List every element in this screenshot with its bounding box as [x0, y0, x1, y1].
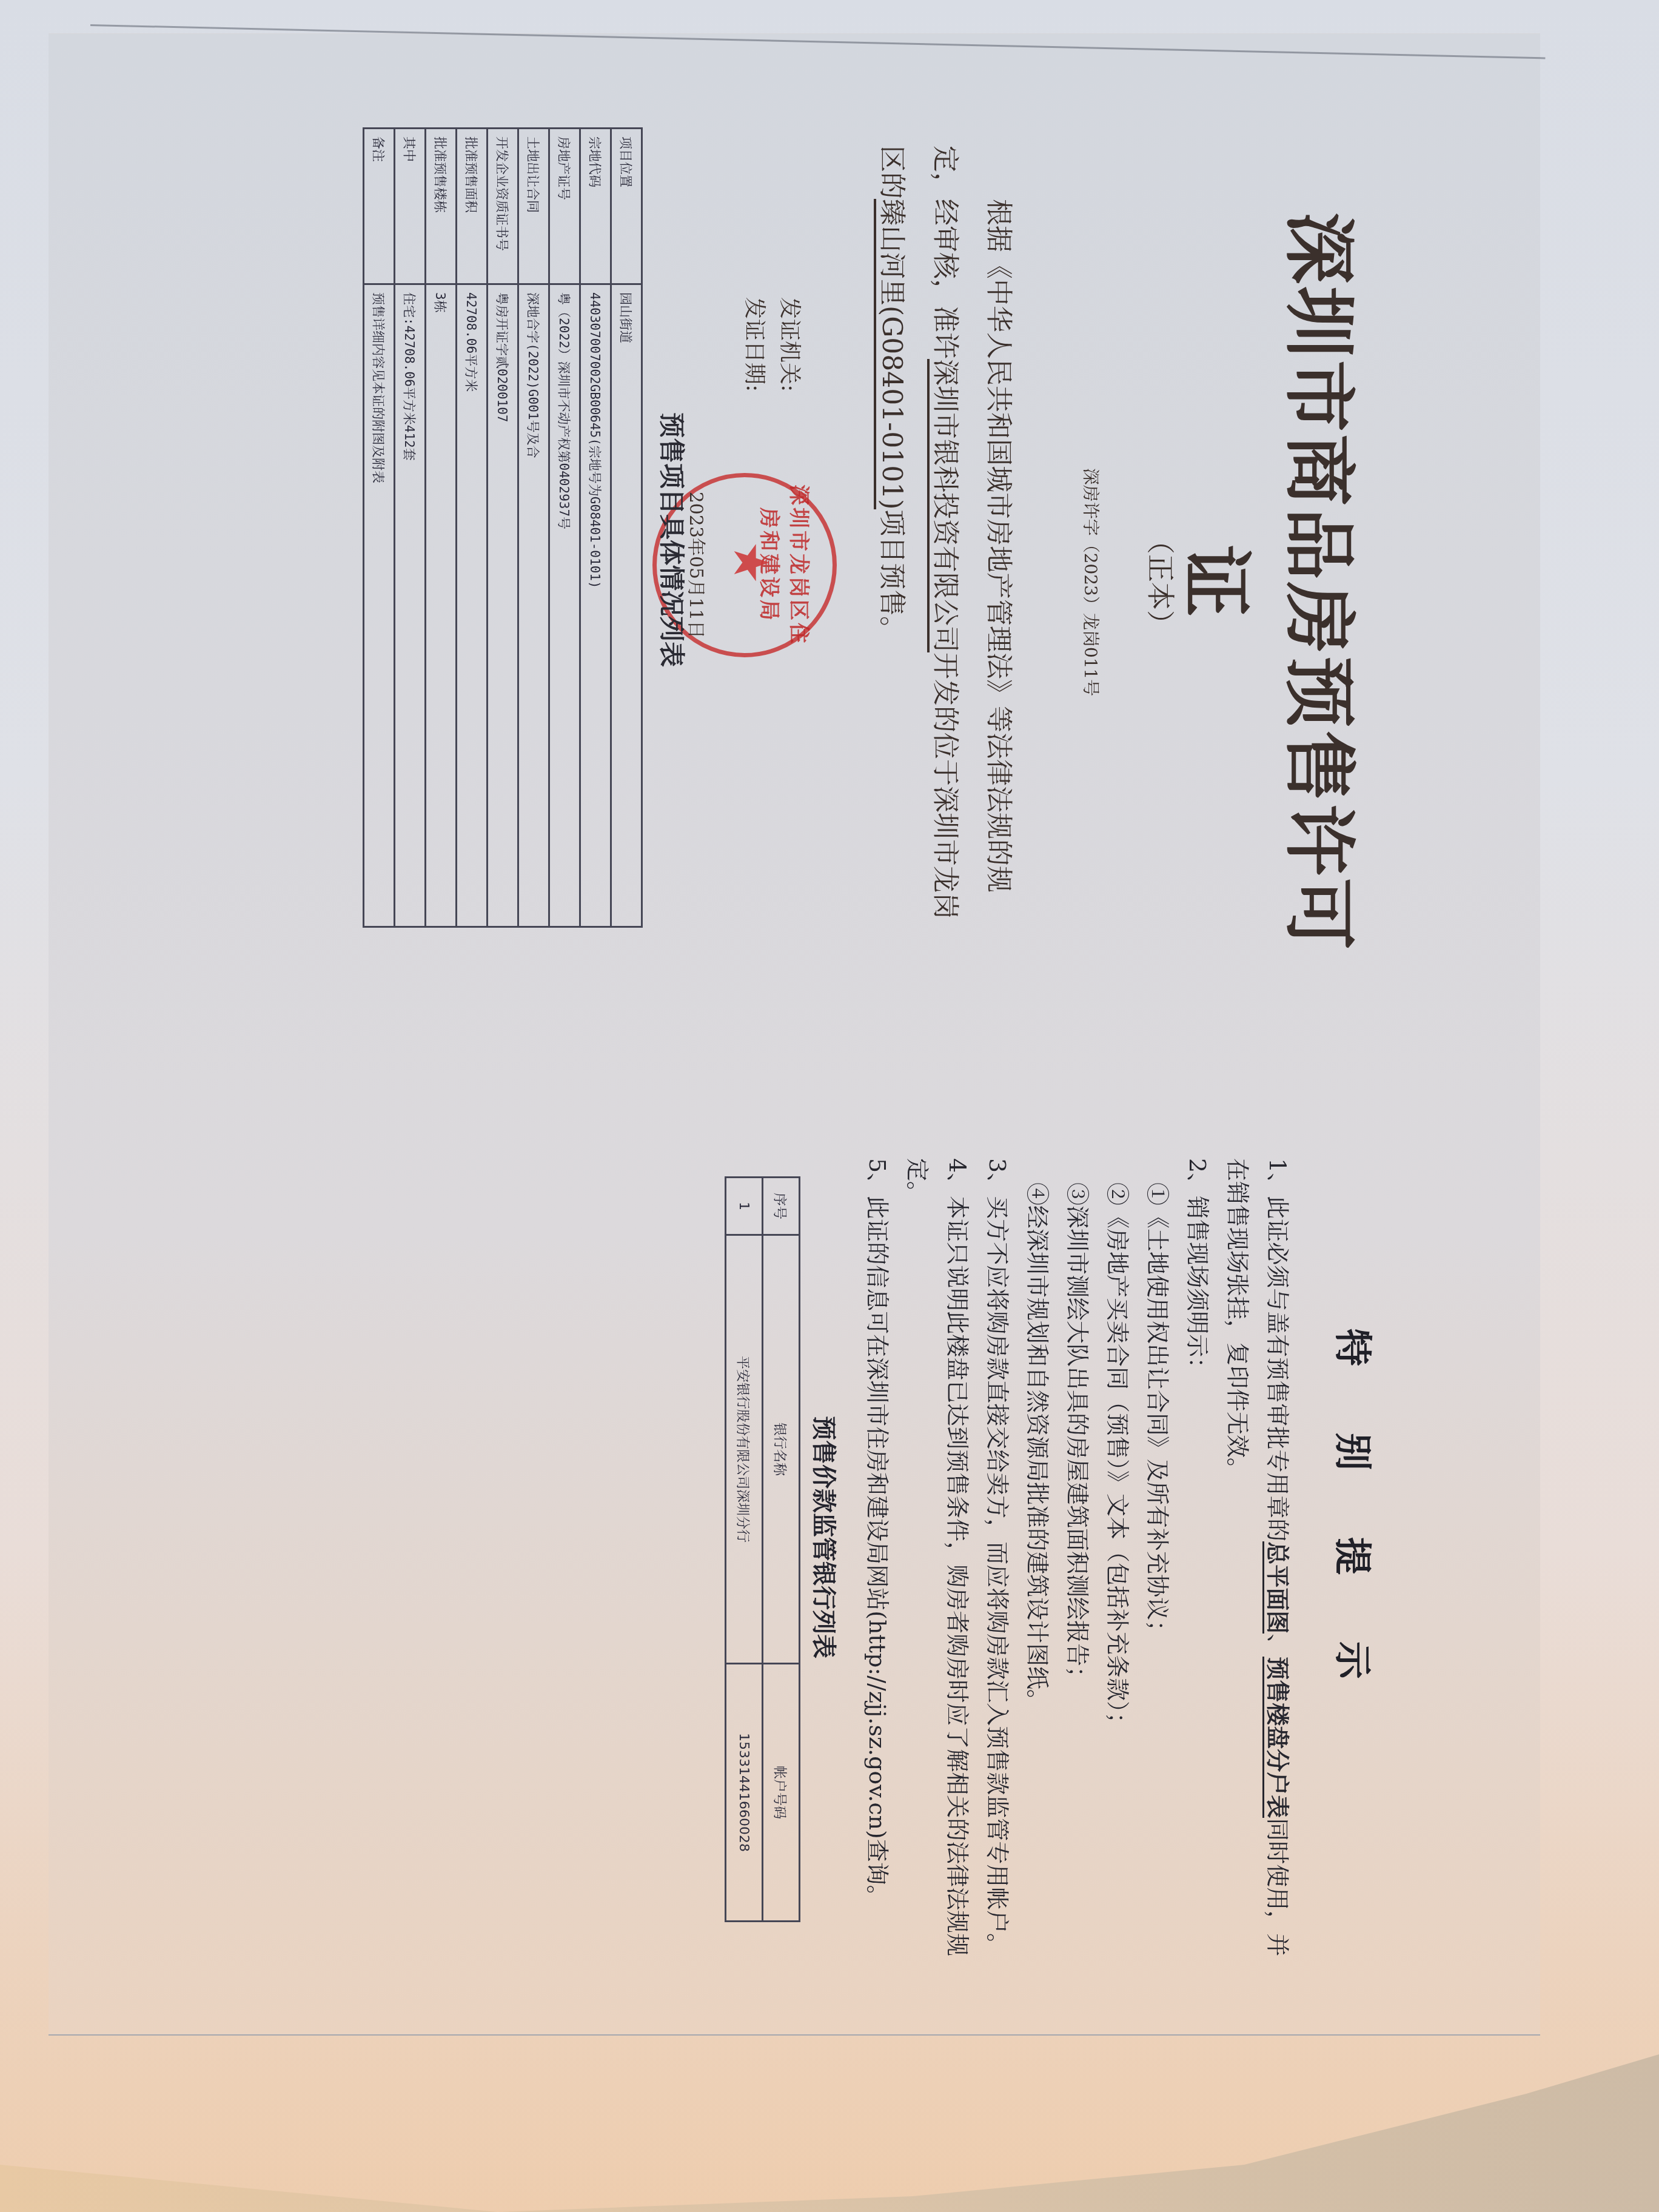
notice-text: 本证只说明此楼盘已达到预售条件，购房者购房时应了解相关的法律法规规定。 [904, 1158, 971, 1956]
notice-number: 3、 [984, 1158, 1011, 1196]
row-label: 房地产证号 [549, 129, 580, 284]
certificate-title: 深圳市商品房预售许可证 [1170, 188, 1376, 976]
row-value: 粤（2022）深圳市不动产权第0402937号 [549, 284, 580, 927]
notice-number: ④ [1024, 1182, 1051, 1205]
bank-header-account: 帐户号码 [763, 1664, 800, 1922]
row-label: 批准预售面积 [457, 129, 488, 284]
notice-number: 5、 [864, 1158, 891, 1196]
bank-name: 平安银行股份有限公司深圳分行 [726, 1235, 763, 1664]
notice-item: ③深圳市测绘大队出具的房屋建筑面积测绘报告； [1057, 1158, 1098, 1965]
notice-number: ② [1104, 1182, 1131, 1205]
project-name: 臻山河里(G08401-0101) [874, 199, 907, 509]
date-label: 发证日期: [736, 297, 771, 392]
notice-text: 此证必须与盖有预售审批专用章的 [1264, 1196, 1291, 1541]
table-row: 1 平安银行股份有限公司深圳分行 15331441660028 [726, 1178, 763, 1922]
row-label: 土地出让合同 [518, 129, 549, 284]
notice-text: 《土地使用权出让合同》及所有补充协议； [1144, 1205, 1171, 1643]
project-details-table: 项目位置园山街道宗地代码440307007002GB00645(宗地号为G084… [363, 127, 643, 928]
row-label: 开发企业资质证书号 [488, 129, 518, 284]
notice-text: 深圳市测绘大队出具的房屋建筑面积测绘报告； [1064, 1205, 1091, 1689]
notice-number: 4、 [944, 1158, 971, 1196]
row-value: 园山街道 [611, 284, 642, 927]
wooden-floor [0, 2054, 1659, 2212]
notice-text: 此证的信息可在深圳市住房和建设局网站(http://zjj.sz.gov.cn)… [864, 1196, 891, 1908]
project-table-title: 预售项目具体情况列表 [655, 146, 691, 934]
notice-text: 总平面图 [1262, 1541, 1292, 1634]
notice-item: 1、此证必须与盖有预售审批专用章的总平面图、预售楼盘分户表同时使用，并在销售现场… [1218, 1158, 1298, 1965]
bank-header-index: 序号 [763, 1178, 800, 1235]
notice-item: 2、销售现场须明示： [1178, 1158, 1218, 1965]
table-row: 开发企业资质证书号粤房开证字贰0200107 [488, 129, 518, 927]
table-row: 宗地代码440307007002GB00645(宗地号为G08401-0101) [580, 129, 611, 927]
notice-number: ① [1144, 1182, 1171, 1205]
certificate-section: 深圳市商品房预售许可证 （正本） 深房许字（2023）龙岗011号 根据《中华人… [127, 36, 1522, 1037]
notice-item: 4、本证只说明此楼盘已达到预售条件，购房者购房时应了解相关的法律法规规定。 [897, 1158, 977, 1965]
notice-text: 销售现场须明示： [1184, 1196, 1211, 1380]
notice-text: 《房地产买卖合同（预售）》文本（包括补充条款）； [1104, 1205, 1131, 1735]
bank-index: 1 [726, 1178, 763, 1235]
table-row: 批准预售楼栋3栋 [426, 129, 457, 927]
notice-text: 买方不应将购房款直接交给卖方，而应将购房款汇入预售款监管专用帐户。 [984, 1196, 1011, 1956]
notice-text: 预售楼盘分户表 [1262, 1657, 1292, 1818]
bank-table-title: 预售价款监管银行列表 [808, 1037, 843, 2037]
table-row: 批准预售面积42708.06平方米 [457, 129, 488, 927]
certificate-subtitle: （正本） [1142, 188, 1182, 976]
table-row: 其中住宅:42708.06平方米412套 [395, 129, 426, 927]
notice-list: 1、此证必须与盖有预售审批专用章的总平面图、预售楼盘分户表同时使用，并在销售现场… [857, 1158, 1298, 1965]
bank-header-name: 银行名称 [763, 1235, 800, 1664]
notice-number: ③ [1064, 1182, 1091, 1205]
permit-number: 深房许字（2023）龙岗011号 [1079, 188, 1104, 976]
row-value: 42708.06平方米 [457, 284, 488, 927]
issuer-label: 发证机关: [771, 297, 806, 392]
issuer-block: 发证机关: 发证日期: [736, 297, 806, 392]
notice-text: 经深圳市规划和自然资源局批准的建筑设计图纸。 [1024, 1205, 1051, 1712]
row-label: 项目位置 [611, 129, 642, 284]
notice-section: 特别提示 1、此证必须与盖有预售审批专用章的总平面图、预售楼盘分户表同时使用，并… [127, 1037, 1522, 2037]
notice-title: 特别提示 [1329, 1037, 1382, 2037]
certificate-body: 根据《中华人民共和国城市房地产管理法》等法律法规的规定，经审核，准许深圳市银科投… [865, 146, 1025, 922]
row-value: 预售详细内容见本证的附图及附表 [364, 284, 395, 927]
row-label: 批准预售楼栋 [426, 129, 457, 284]
row-value: 粤房开证字贰0200107 [488, 284, 518, 927]
presale-permit-document: 深圳市商品房预售许可证 （正本） 深房许字（2023）龙岗011号 根据《中华人… [127, 36, 1522, 2037]
row-value: 住宅:42708.06平方米412套 [395, 284, 426, 927]
row-label: 宗地代码 [580, 129, 611, 284]
table-row: 土地出让合同深地合字(2022)G001号及合 [518, 129, 549, 927]
body-suffix: 项目预售。 [876, 509, 907, 643]
row-label: 其中 [395, 129, 426, 284]
notice-number: 1、 [1264, 1158, 1291, 1196]
developer-name: 深圳市银科投资有限公司 [927, 359, 960, 652]
row-value: 3栋 [426, 284, 457, 927]
bank-table: 序号 银行名称 帐户号码 1 平安银行股份有限公司深圳分行 1533144166… [725, 1176, 800, 1922]
notice-item: ②《房地产买卖合同（预售）》文本（包括补充条款）； [1098, 1158, 1138, 1965]
notice-text: 、 [1264, 1634, 1291, 1657]
notice-item: ①《土地使用权出让合同》及所有补充协议； [1138, 1158, 1178, 1965]
notice-item: 5、此证的信息可在深圳市住房和建设局网站(http://zjj.sz.gov.c… [857, 1158, 897, 1965]
notice-item: 3、买方不应将购房款直接交给卖方，而应将购房款汇入预售款监管专用帐户。 [977, 1158, 1017, 1965]
table-row: 备注预售详细内容见本证的附图及附表 [364, 129, 395, 927]
notice-item: ④经深圳市规划和自然资源局批准的建筑设计图纸。 [1017, 1158, 1057, 1965]
notice-number: 2、 [1184, 1158, 1211, 1196]
row-value: 深地合字(2022)G001号及合 [518, 284, 549, 927]
row-value: 440307007002GB00645(宗地号为G08401-0101) [580, 284, 611, 927]
table-row: 项目位置园山街道 [611, 129, 642, 927]
table-row: 房地产证号粤（2022）深圳市不动产权第0402937号 [549, 129, 580, 927]
star-icon: ★ [726, 541, 775, 585]
row-label: 备注 [364, 129, 395, 284]
bank-account: 15331441660028 [726, 1664, 763, 1922]
